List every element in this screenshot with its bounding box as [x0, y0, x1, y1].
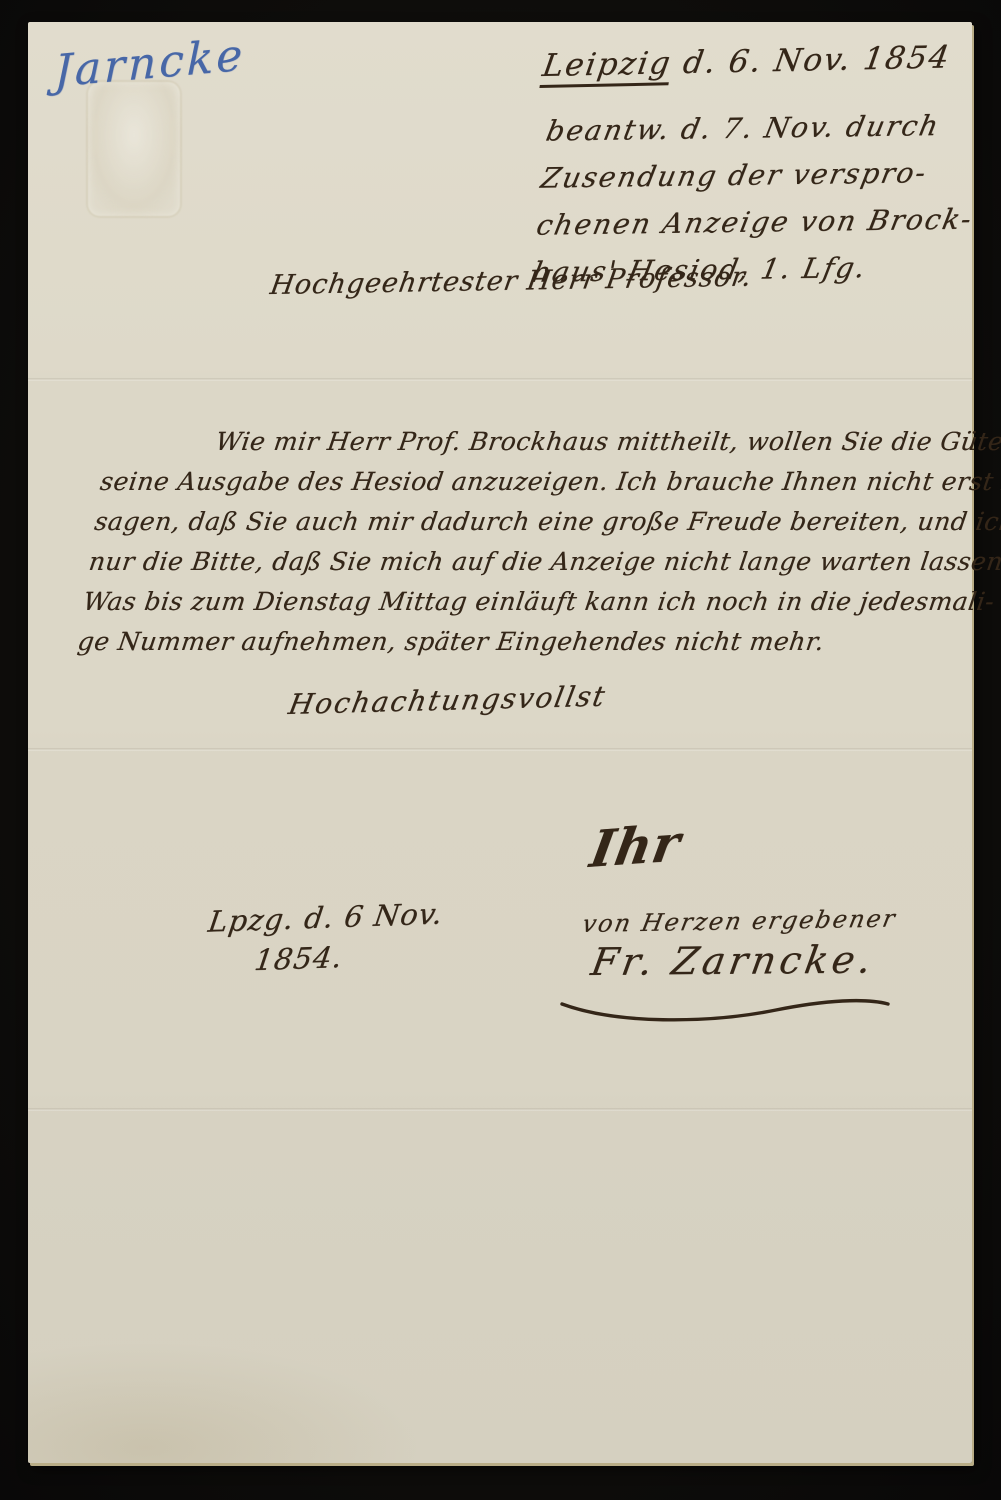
dateline-date: d. 6. Nov. 1854: [669, 39, 954, 81]
letter-paper: Jarncke Leipzig d. 6. Nov. 1854 beantw. …: [28, 22, 972, 1463]
place-date-line-2: 1854.: [252, 934, 440, 981]
closing-formula: Hochachtungsvollst: [286, 680, 609, 721]
body-line: sagen, daß Sie auch mir dadurch eine gro…: [92, 502, 1001, 542]
place-date-line-1: Lpzg. d. 6 Nov.: [206, 893, 446, 941]
place-date-block: Lpzg. d. 6 Nov. 1854.: [200, 893, 446, 982]
embossed-seal-stamp: [86, 80, 182, 218]
archivist-annotation: Jarncke: [54, 30, 246, 98]
received-note-line: chenen Anzeige von Brock-: [532, 196, 977, 249]
dateline-place: Leipzig: [539, 45, 674, 88]
received-note-line: beantw. d. 7. Nov. durch: [542, 101, 996, 154]
dateline: Leipzig d. 6. Nov. 1854: [540, 39, 953, 84]
body-line: Wie mir Herr Prof. Brockhaus mittheilt, …: [213, 422, 1001, 462]
fold-line-middle: [28, 748, 972, 751]
valediction: von Herzen ergebener: [580, 904, 899, 938]
received-note-line: Zusendung der verspro-: [537, 148, 987, 201]
scan-background: Jarncke Leipzig d. 6. Nov. 1854 beantw. …: [0, 0, 1001, 1500]
body-line: nur die Bitte, daß Sie mich auf die Anze…: [86, 542, 1001, 582]
body-line: Was bis zum Dienstag Mittag einläuft kan…: [81, 582, 1001, 622]
signature: Fr. Zarncke.: [588, 937, 878, 984]
fold-line-bottom: [28, 1108, 972, 1111]
body-line: ge Nummer aufnehmen, später Eingehendes …: [75, 622, 1001, 662]
signature-flourish-underline: [556, 990, 892, 1024]
salutation: Hochgeehrtester Herr Professor.: [268, 262, 754, 301]
pronoun-flourish: Ihr: [586, 813, 685, 879]
fold-line-top: [28, 378, 972, 381]
letter-body: Wie mir Herr Prof. Brockhaus mittheilt, …: [75, 422, 1001, 662]
body-line: seine Ausgabe des Hesiod anzuzeigen. Ich…: [97, 462, 1001, 502]
